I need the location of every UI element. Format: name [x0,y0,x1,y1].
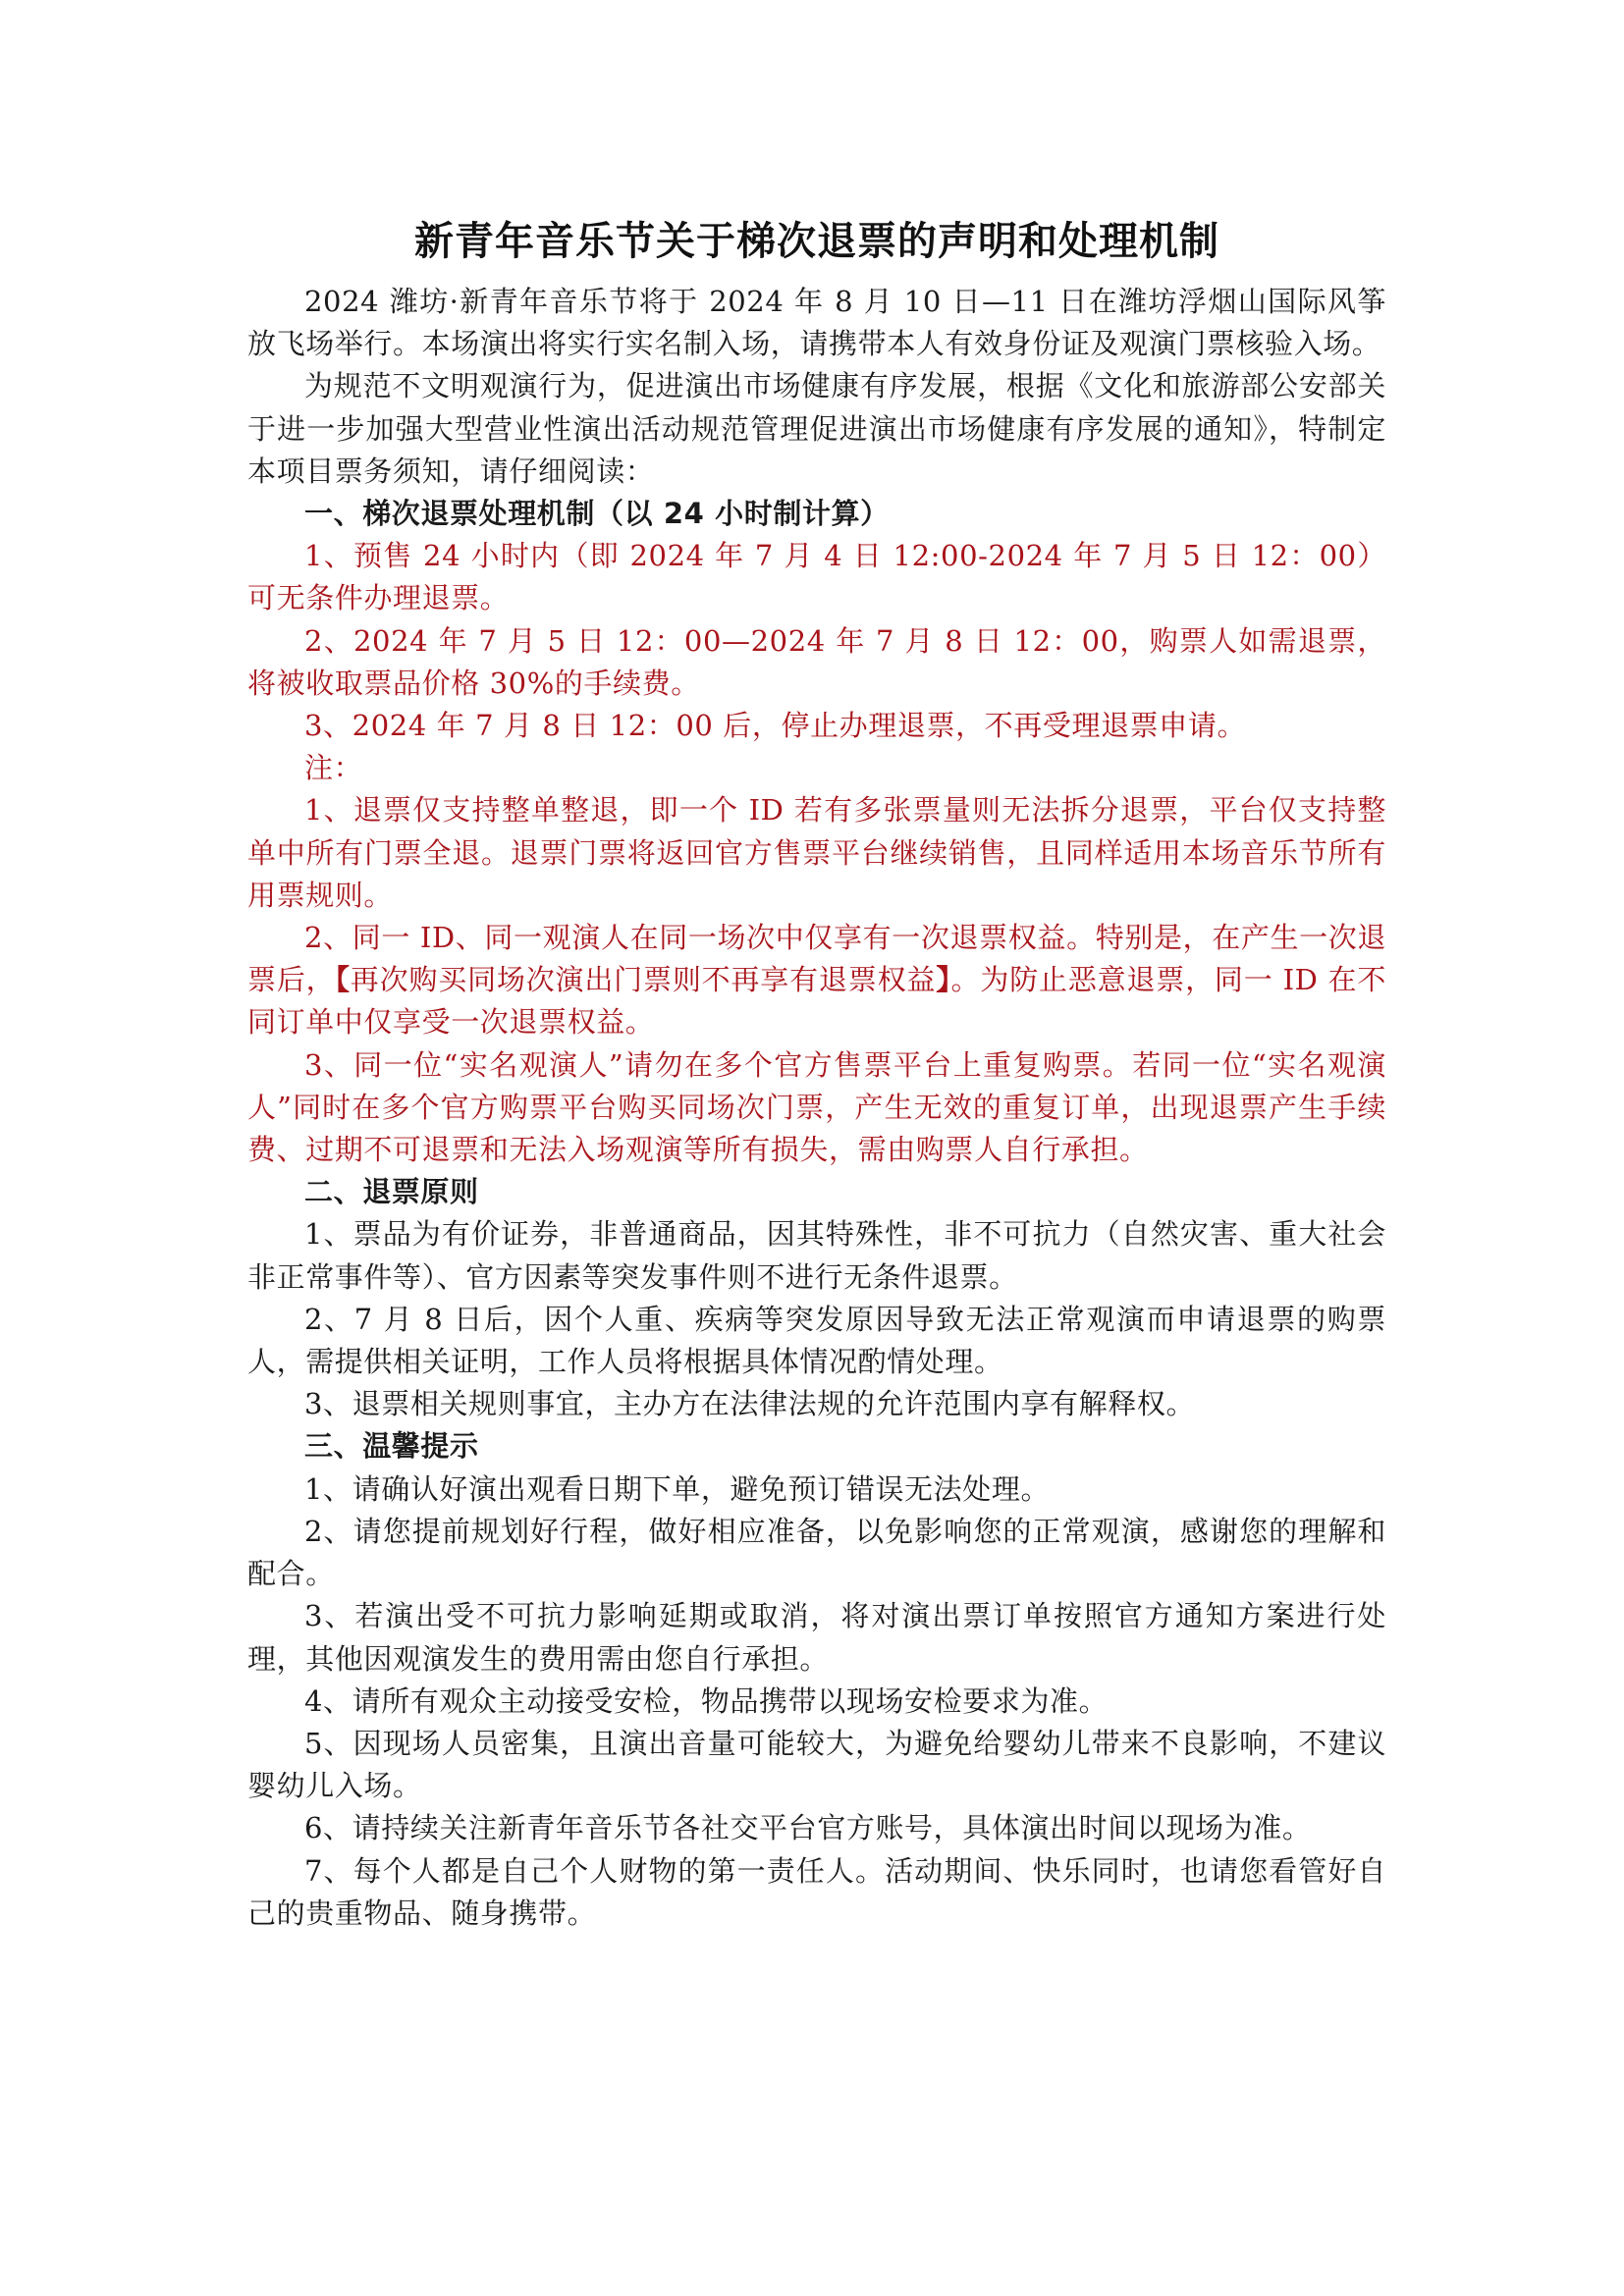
open-bracket: 【 [335,963,350,996]
note-item: 3、同一位“实名观演人”请勿在多个官方售票平台上重复购票。若同一位“实名观演人”… [247,1044,1386,1172]
refund-rule-item: 3、2024 年 7 月 8 日 12：00 后，停止办理退票，不再受理退票申请… [247,705,1386,747]
reminder-item: 1、请确认好演出观看日期下单，避免预订错误无法处理。 [247,1468,1386,1511]
reminder-item: 4、请所有观众主动接受安检，物品携带以现场安检要求为准。 [247,1681,1386,1723]
section-heading-refund-mechanism: 一、梯次退票处理机制（以 24 小时制计算） [247,493,1386,535]
note-highlight: 再次购买同场次演出门票则不再享有退票权益 [351,963,936,996]
section-heading-reminders: 三、温馨提示 [247,1425,1386,1468]
reminder-item: 7、每个人都是自己个人财物的第一责任人。活动期间、快乐同时，也请您看管好自己的贵… [247,1850,1386,1935]
reminder-item: 5、因现场人员密集，且演出音量可能较大，为避免给婴幼儿带来不良影响，不建议婴幼儿… [247,1723,1386,1807]
reminder-item: 6、请持续关注新青年音乐节各社交平台官方账号，具体演出时间以现场为准。 [247,1807,1386,1849]
section-heading-refund-principles: 二、退票原则 [247,1171,1386,1213]
refund-rule-item: 2、2024 年 7 月 5 日 12：00—2024 年 7 月 8 日 12… [247,620,1386,705]
note-label: 注： [247,747,1386,789]
refund-rule-item: 1、预售 24 小时内（即 2024 年 7 月 4 日 12:00-2024 … [247,535,1386,619]
intro-paragraph-venue: 2024 潍坊·新青年音乐节将于 2024 年 8 月 10 日—11 日在潍坊… [247,281,1386,365]
document-body: 2024 潍坊·新青年音乐节将于 2024 年 8 月 10 日—11 日在潍坊… [247,281,1386,1935]
note-item: 2、同一 ID、同一观演人在同一场次中仅享有一次退票权益。特别是，在产生一次退票… [247,917,1386,1044]
principle-item: 1、票品为有价证券，非普通商品，因其特殊性，非不可抗力（自然灾害、重大社会非正常… [247,1213,1386,1298]
intro-paragraph-regulation: 为规范不文明观演行为，促进演出市场健康有序发展，根据《文化和旅游部公安部关于进一… [247,365,1386,493]
note-item: 1、退票仅支持整单整退，即一个 ID 若有多张票量则无法拆分退票，平台仅支持整单… [247,789,1386,917]
reminder-item: 3、若演出受不可抗力影响延期或取消，将对演出票订单按照官方通知方案进行处理，其他… [247,1595,1386,1680]
reminder-item: 2、请您提前规划好行程，做好相应准备，以免影响您的正常观演，感谢您的理解和配合。 [247,1511,1386,1595]
principle-item: 3、退票相关规则事宜，主办方在法律法规的允许范围内享有解释权。 [247,1383,1386,1425]
principle-item: 2、7 月 8 日后，因个人重、疾病等突发原因导致无法正常观演而申请退票的购票人… [247,1299,1386,1383]
document-title: 新青年音乐节关于梯次退票的声明和处理机制 [247,214,1386,269]
close-bracket: 】 [936,963,950,996]
